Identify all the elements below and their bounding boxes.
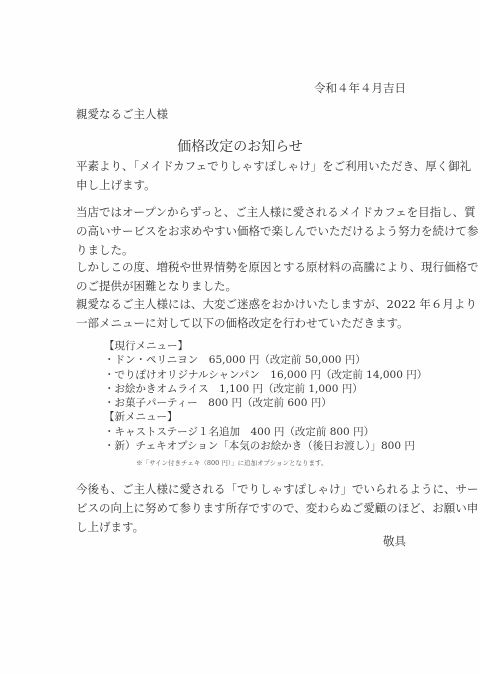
text-line: 平素より、「メイドカフェでりしゃすぽしゃけ」をご利用いただき、厚く御礼 xyxy=(76,157,416,176)
paragraph-greeting: 平素より、「メイドカフェでりしゃすぽしゃけ」をご利用いただき、厚く御礼 申し上げ… xyxy=(76,157,416,195)
text-line: の高いサービスをお求めやすい価格で楽しんでいただけるよう努力を続けて参 xyxy=(76,222,416,241)
text-line: 今後も、ご主人様に愛される「でりしゃすぽしゃけ」でいられるように、サー xyxy=(76,480,416,499)
text-line: 申し上げます。 xyxy=(76,176,416,195)
document-date: 令和４年４月吉日 xyxy=(314,80,406,96)
text-line: しかしこの度、増税や世界情勢を原因とする原材料の高騰により、現行価格で xyxy=(76,258,416,277)
paragraph-background: 当店ではオープンからずっと、ご主人様に愛されるメイドカフェを目指し、質 の高いサ… xyxy=(76,203,416,260)
text-line: 当店ではオープンからずっと、ご主人様に愛されるメイドカフェを目指し、質 xyxy=(76,203,416,222)
document-title: 価格改定のお知らせ xyxy=(0,136,480,156)
menu-item: ・ドン・ペリニヨン 65,000 円（改定前 50,000 円） xyxy=(104,353,427,367)
menu-note: ※「サイン付きチェキ（800 円）」に追加オプションとなります。 xyxy=(136,458,327,467)
paragraph-announcement: 親愛なるご主人様には、大変ご迷惑をおかけいたしますが、2022 年６月より 一部… xyxy=(76,295,416,333)
menu-item: ・新）チェキオプション「本気のお絵かき（後日お渡し）」800 円 xyxy=(104,439,427,453)
text-line: し上げます。 xyxy=(76,518,416,537)
sign-off: 敬具 xyxy=(383,533,406,549)
price-list: 【現行メニュー】 ・ドン・ペリニヨン 65,000 円（改定前 50,000 円… xyxy=(104,339,427,453)
document-page: 令和４年４月吉日 親愛なるご主人様 価格改定のお知らせ 平素より、「メイドカフェ… xyxy=(0,0,480,674)
text-line: ビスの向上に努めて参ります所存ですので、変わらぬご愛顧のほど、お願い申 xyxy=(76,499,416,518)
text-line: 一部メニューに対して以下の価格改定を行わせていただきます。 xyxy=(76,314,416,333)
menu-item: ・お絵かきオムライス 1,100 円（改定前 1,000 円） xyxy=(104,382,427,396)
new-menu-header: 【新メニュー】 xyxy=(104,410,427,424)
salutation: 親愛なるご主人様 xyxy=(76,106,168,122)
menu-item: ・キャストステージ１名追加 400 円（改定前 800 円） xyxy=(104,425,427,439)
current-menu-header: 【現行メニュー】 xyxy=(104,339,427,353)
menu-item: ・でりぽけオリジナルシャンパン 16,000 円（改定前 14,000 円） xyxy=(104,368,427,382)
paragraph-closing: 今後も、ご主人様に愛される「でりしゃすぽしゃけ」でいられるように、サー ビスの向… xyxy=(76,480,416,537)
text-line: 親愛なるご主人様には、大変ご迷惑をおかけいたしますが、2022 年６月より xyxy=(76,295,416,314)
menu-item: ・お菓子パーティー 800 円（改定前 600 円） xyxy=(104,396,427,410)
text-line: のご提供が困難となりました。 xyxy=(76,277,416,296)
paragraph-reason: しかしこの度、増税や世界情勢を原因とする原材料の高騰により、現行価格で のご提供… xyxy=(76,258,416,296)
